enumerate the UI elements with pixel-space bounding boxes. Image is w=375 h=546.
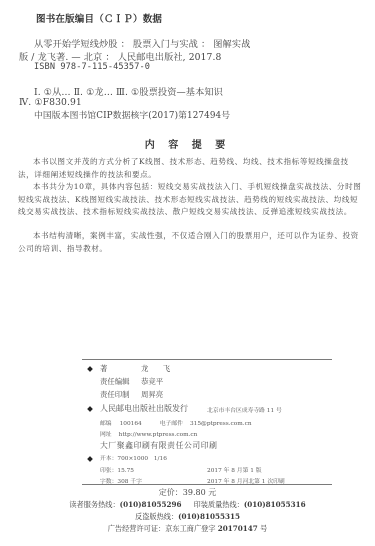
- hotline-row-3: 广告经营许可证：京东工商广登字 20170147 号: [0, 524, 375, 534]
- diamond-bullet-icon: [87, 406, 93, 412]
- cip-isbn: ISBN 978-7-115-45357-0: [34, 62, 150, 72]
- email-value: 315@ptpress.com.cn: [190, 421, 252, 427]
- cip-classification-line-2: Ⅳ. ①F830.91: [19, 97, 82, 108]
- cip-title-line-1: 从零开始学短线炒股 ： 股票入门与实战 ： 图解实战: [34, 36, 250, 50]
- website-label: 网址: [100, 432, 112, 438]
- ad-license-label: 广告经营许可证：京东工商广登字: [108, 524, 218, 533]
- abstract-paragraph-1: 本书以图文并茂的方式分析了K线图、技术形态、趋势线、均线、技术指标等短线操盘技法…: [18, 156, 363, 181]
- website-row: 网址http://www.ptpress.com.cn: [100, 429, 197, 438]
- anti-piracy-label: 反盗版热线：: [135, 512, 178, 521]
- author-name: 龙 飞: [141, 363, 176, 374]
- credits-bottom-rule: [82, 484, 332, 485]
- credits-top-rule: [82, 359, 332, 360]
- publisher-name: 人民邮电出版社出版发行: [100, 404, 188, 413]
- ad-license-number: 20170147: [218, 524, 258, 533]
- editor-label: 责任编辑: [100, 376, 130, 387]
- postcode-label: 邮编: [100, 421, 112, 427]
- diamond-bullet-icon: [87, 456, 93, 462]
- cip-verification-number: 中国版本图书馆CIP数据核字(2017)第127494号: [34, 108, 230, 121]
- author-row: 著: [88, 363, 107, 374]
- reader-service-number: (010)81055296: [120, 500, 182, 509]
- abstract-heading: 内 容 提 要: [0, 136, 375, 151]
- publisher-address: 北京市丰台区成寿寺路 11 号: [207, 405, 282, 414]
- abstract-paragraph-3: 本书结构清晰，案例丰富，实战性强，不仅适合刚入门的股票用户，还可以作为证券、投资…: [18, 230, 363, 255]
- reader-service-label: 读者服务热线：: [69, 500, 119, 509]
- print-supervisor-label: 责任印制: [100, 389, 130, 400]
- cip-classification-line-1: Ⅰ. ①从… Ⅱ. ①龙… Ⅲ. ①股票投资—基本知识: [34, 84, 223, 98]
- edition-value: 2017 年 8 月第 1 版: [207, 465, 262, 474]
- editor-name: 恭竞平: [141, 376, 163, 387]
- publisher-row: 人民邮电出版社出版发行: [88, 403, 188, 414]
- format-row: 开本：700×1000 1/16: [88, 453, 167, 462]
- hotline-row-2: 反盗版热线：(010)81055315: [0, 512, 375, 522]
- printer-name: 大厂聚鑫印刷有限责任公司印刷: [100, 440, 218, 451]
- email-label: 电子邮件: [160, 421, 183, 427]
- cip-title-line-2: 版 / 龙飞著. — 北京 ： 人民邮电出版社, 2017.8: [19, 49, 221, 63]
- format-value: 开本：700×1000 1/16: [100, 456, 167, 462]
- ad-license-suffix: 号: [258, 524, 267, 533]
- hotline-row-1: 读者服务热线：(010)81055296印装质量热线：(010)81055316: [0, 500, 375, 510]
- author-label: 著: [100, 364, 107, 373]
- diamond-bullet-icon: [87, 366, 93, 372]
- postcode-row: 邮编100164电子邮件315@ptpress.com.cn: [100, 418, 252, 427]
- website-url: http://www.ptpress.com.cn: [119, 432, 198, 438]
- cip-heading: 图书在版编目（ＣＩＰ）数据: [36, 11, 162, 25]
- postcode-value: 100164: [120, 421, 142, 427]
- print-quality-label: 印装质量热线：: [194, 500, 244, 509]
- price: 定价：39.80 元: [0, 487, 375, 498]
- sheets-value: 印张：15.75: [100, 465, 134, 474]
- print-supervisor-name: 周昇亮: [141, 389, 163, 400]
- abstract-paragraph-2: 本书共分为10章，具体内容包括：短线交易实战技法入门、手机短线操盘实战技法、分时…: [18, 181, 363, 219]
- print-quality-number: (010)81055316: [244, 500, 306, 509]
- anti-piracy-number: (010)81055315: [178, 512, 240, 521]
